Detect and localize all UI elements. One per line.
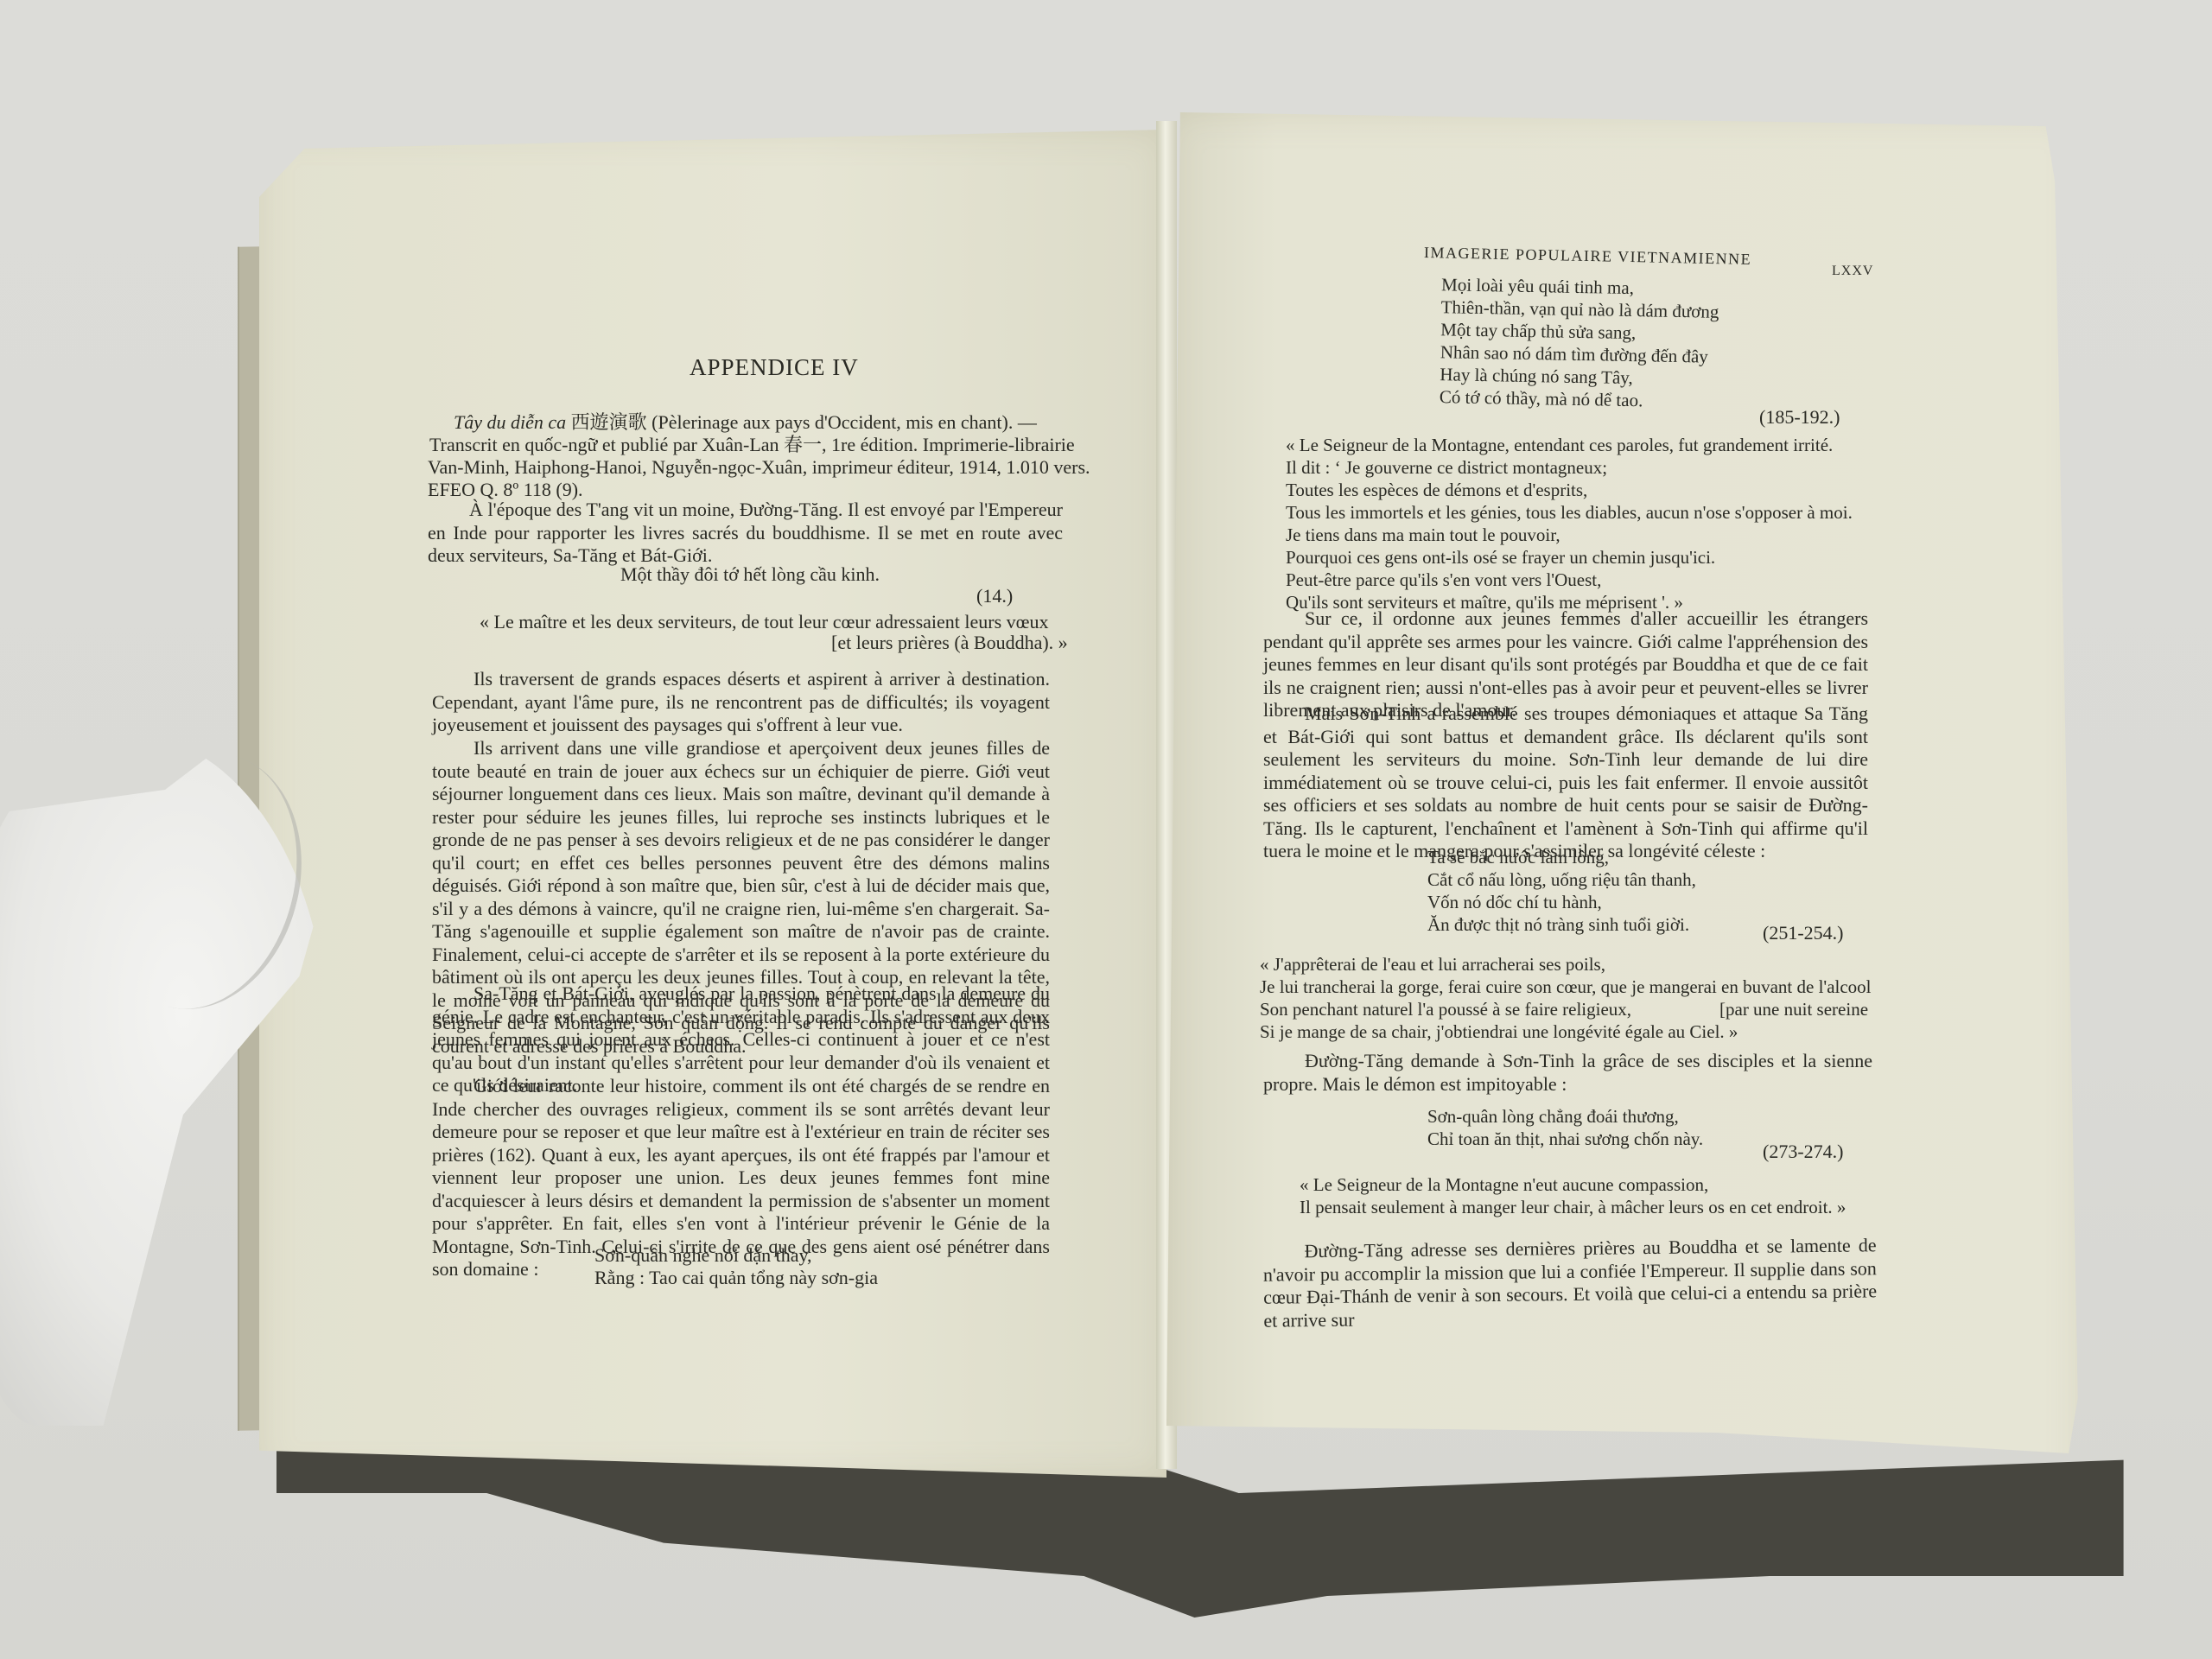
left-verse-1: Một thầy đôi tớ hết lòng cầu kinh. <box>620 563 880 586</box>
right-paragraph-3: Đường-Tăng demande à Sơn-Tinh la grâce d… <box>1263 1050 1872 1096</box>
quote-line: Son penchant naturel l'a poussé à se fai… <box>1260 998 1872 1020</box>
quote-line: « Le Seigneur de la Montagne n'eut aucun… <box>1300 1173 1846 1196</box>
left-paragraph-1: À l'époque des T'ang vit un moine, Đường… <box>428 499 1063 568</box>
quote-line-continuation: [par une nuit sereine <box>1719 998 1868 1020</box>
left-quote-1-line-2: [et leurs prières (à Bouddha). » <box>831 632 1068 654</box>
bibliography-line-1-rest: (Pèlerinage aux pays d'Occident, mis en … <box>652 411 1037 433</box>
right-paragraph-2: Mais Sơn-Tinh a rassemblé ses troupes dé… <box>1263 702 1868 863</box>
right-verse-1-ref: (185-192.) <box>1759 406 1840 429</box>
verse-line: Sơn-quân lòng chẳng đoái thương, <box>1427 1106 1703 1128</box>
quote-line: Je tiens dans ma main tout le pouvoir, <box>1286 524 1853 546</box>
verse-line: Chỉ toan ăn thịt, nhai sương chốn này. <box>1427 1128 1703 1151</box>
photo-scene: APPENDICE IV Tây du diễn ca 西遊演歌 (Pèleri… <box>0 0 2212 1659</box>
bibliography-title: Tây du diễn ca <box>454 411 566 433</box>
quote-line: Si je mange de sa chair, j'obtiendrai un… <box>1260 1020 1872 1043</box>
right-quote-2: « J'apprêterai de l'eau et lui arrachera… <box>1260 953 1872 1043</box>
left-verse-2: Sơn-quân nghe nói dặn thay, Rằng : Tao c… <box>594 1244 878 1289</box>
bibliography-line-1: Tây du diễn ca 西遊演歌 (Pèlerinage aux pays… <box>454 411 1037 434</box>
verse-line: Cắt cổ nấu lòng, uống riệu tân thanh, <box>1427 869 1696 892</box>
right-quote-1: « Le Seigneur de la Montagne, entendant … <box>1286 434 1853 613</box>
right-verse-3-ref: (273-274.) <box>1763 1141 1843 1163</box>
page-number: LXXV <box>1832 260 1873 283</box>
verse-line: Ăn được thịt nó tràng sinh tuổi giời. <box>1427 914 1696 937</box>
right-paragraph-4: Đường-Tăng adresse ses dernières prières… <box>1262 1234 1877 1332</box>
verse-line: Rằng : Tao cai quản tổng này sơn-gia <box>594 1267 878 1289</box>
right-verse-2-ref: (251-254.) <box>1763 922 1843 944</box>
bibliography-chinese-title: 西遊演歌 <box>571 411 647 433</box>
quote-line: Je lui trancherai la gorge, ferai cuire … <box>1260 976 1872 998</box>
quote-line: Pourquoi ces gens ont-ils osé se frayer … <box>1286 546 1853 569</box>
quote-line: « Le Seigneur de la Montagne, entendant … <box>1286 434 1853 456</box>
left-verse-1-ref: (14.) <box>976 585 1013 607</box>
quote-line-text: Son penchant naturel l'a poussé à se fai… <box>1260 999 1631 1020</box>
quote-line: Tous les immortels et les génies, tous l… <box>1286 501 1853 524</box>
bibliography-line-2: Transcrit en quốc-ngữ et publié par Xuân… <box>429 434 1075 456</box>
bibliography-line-3: Van-Minh, Haiphong-Hanoi, Nguyễn-ngọc-Xu… <box>428 456 1090 479</box>
quote-line: Toutes les espèces de démons et d'esprit… <box>1286 479 1853 501</box>
right-verse-2: Ta sẽ bắc nước làm lông, Cắt cổ nấu lòng… <box>1427 847 1696 937</box>
quote-line: Il pensait seulement à manger leur chair… <box>1300 1196 1846 1218</box>
verse-line: Vốn nó dốc chí tu hành, <box>1427 892 1696 914</box>
quote-line: Peut-être parce qu'ils s'en vont vers l'… <box>1286 569 1853 591</box>
right-verse-1: Mọi loài yêu quái tinh ma, Thiên-thần, v… <box>1440 274 1719 414</box>
left-paragraph-2: Ils traversent de grands espaces déserts… <box>432 668 1050 737</box>
appendix-heading: APPENDICE IV <box>690 356 859 378</box>
quote-line: « J'apprêterai de l'eau et lui arrachera… <box>1260 953 1872 976</box>
verse-line: Sơn-quân nghe nói dặn thay, <box>594 1244 878 1267</box>
quote-line: Il dit : ‘ Je gouverne ce district monta… <box>1286 456 1853 479</box>
left-quote-1-line-1: « Le maître et les deux serviteurs, de t… <box>480 611 1049 633</box>
right-verse-3: Sơn-quân lòng chẳng đoái thương, Chỉ toa… <box>1427 1106 1703 1151</box>
right-quote-3: « Le Seigneur de la Montagne n'eut aucun… <box>1300 1173 1846 1218</box>
verse-line: Ta sẽ bắc nước làm lông, <box>1427 847 1696 869</box>
